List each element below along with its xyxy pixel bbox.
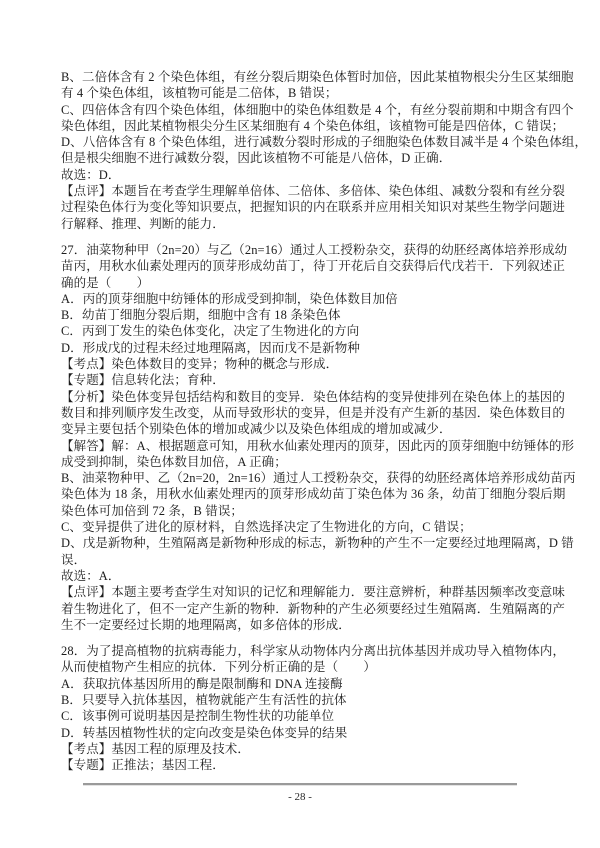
text-line: 【点评】本题主要考查学生对知识的记忆和理解能力．要注意辨析，种群基因频率改变意味 (61, 584, 553, 600)
text-line: 染色体为 18 条，用秋水仙素处理丙的顶芽形成幼苗丁染色体为 36 条，幼苗丁细… (61, 486, 553, 502)
text-line: 【专题】信息转化法；育种． (61, 372, 553, 388)
answer-block-26: B、二倍体含有 2 个染色体组，有丝分裂后期染色体暂时加倍，因此某植物根尖分生区… (61, 69, 553, 232)
footer-divider (83, 783, 517, 786)
text-line: 过程染色体行为变化等知识要点，把握知识的内在联系并应用相关知识对某些生物学问题进 (61, 199, 553, 215)
text-line: 有 4 个染色体组，该植物可能是二倍体，B 错误； (61, 85, 553, 101)
document-page: B、二倍体含有 2 个染色体组，有丝分裂后期染色体暂时加倍，因此某植物根尖分生区… (0, 0, 600, 848)
question-block-28: 28．为了提高植物的抗病毒能力，科学家从动物体内分离出抗体基因并成功导入植物体内… (61, 643, 553, 773)
text-line: 【分析】染色体变异包括结构和数目的变异．染色体结构的变异使排列在染色体上的基因的 (61, 389, 553, 405)
text-line: 数目和排列顺序发生改变，从而导致形状的变异，但是并没有产生新的基因．染色体数目的 (61, 405, 553, 421)
text-line: 成受到抑制，染色体数目加倍，A 正确； (61, 454, 553, 470)
text-line: 故选：A． (61, 568, 553, 584)
text-line: 【解答】解：A、根据题意可知，用秋水仙素处理丙的顶芽，因此丙的顶芽细胞中纺锤体的… (61, 438, 553, 454)
text-line: B．只要导入抗体基因，植物就能产生有活性的抗体 (61, 692, 553, 708)
text-line: 故选：D． (61, 167, 553, 183)
text-line: 染色体组，因此某植物根尖分生区某细胞有 4 个染色体组，该植物可能是四倍体，C … (61, 118, 553, 134)
text-line: C、变异提供了进化的原材料，自然选择决定了生物进化的方向，C 错误； (61, 519, 553, 535)
text-line: 【考点】染色体数目的变异；物种的概念与形成． (61, 356, 553, 372)
text-line: 27．油菜物种甲（2n=20）与乙（2n=16）通过人工授粉杂交，获得的幼胚经离… (61, 242, 553, 258)
text-line: B．幼苗丁细胞分裂后期，细胞中含有 18 条染色体 (61, 307, 553, 323)
text-line: 确的是（ ） (61, 275, 553, 291)
text-line: B、二倍体含有 2 个染色体组，有丝分裂后期染色体暂时加倍，因此某植物根尖分生区… (61, 69, 553, 85)
text-line: 【专题】正推法；基因工程． (61, 757, 553, 773)
text-line: 行解释、推理、判断的能力． (61, 216, 553, 232)
text-line: D、戊是新物种，生殖隔离是新物种形成的标志，新物种的产生不一定要经过地理隔离，D… (61, 535, 553, 551)
text-line: D．转基因植物性状的定向改变是染色体变异的结果 (61, 725, 553, 741)
text-line: 着生物进化了，但不一定产生新的物种．新物种的产生必须要经过生殖隔离．生殖隔离的产 (61, 601, 553, 617)
text-line: 变异主要包括个别染色体的增加或减少以及染色体组成的增加或减少． (61, 421, 553, 437)
text-line: 28．为了提高植物的抗病毒能力，科学家从动物体内分离出抗体基因并成功导入植物体内… (61, 643, 553, 659)
question-block-27: 27．油菜物种甲（2n=20）与乙（2n=16）通过人工授粉杂交，获得的幼胚经离… (61, 242, 553, 633)
text-line: 苗丙，用秋水仙素处理丙的顶芽形成幼苗丁，待丁开花后自交获得后代戊若干．下列叙述正 (61, 258, 553, 274)
text-line: A．获取抗体基因所用的酶是限制酶和 DNA 连接酶 (61, 676, 553, 692)
text-line: 生不一定要经过长期的地理隔离，如多倍体的形成． (61, 617, 553, 633)
text-line: 从而使植物产生相应的抗体．下列分析正确的是（ ） (61, 659, 553, 675)
text-line: C．该事例可说明基因是控制生物性状的功能单位 (61, 708, 553, 724)
text-line: 但是根尖细胞不进行减数分裂，因此该植物不可能是八倍体，D 正确． (61, 150, 553, 166)
document-body: B、二倍体含有 2 个染色体组，有丝分裂后期染色体暂时加倍，因此某植物根尖分生区… (61, 69, 553, 773)
page-footer: - 28 - (0, 783, 600, 803)
text-line: A．丙的顶芽细胞中纺锤体的形成受到抑制，染色体数目加倍 (61, 291, 553, 307)
text-line: 【考点】基因工程的原理及技术． (61, 741, 553, 757)
text-line: 染色体可加倍到 72 条，B 错误； (61, 503, 553, 519)
page-number: - 28 - (0, 791, 600, 803)
text-line: 误． (61, 552, 553, 568)
text-line: C、四倍体含有四个染色体组，体细胞中的染色体组数是 4 个，有丝分裂前期和中期含… (61, 102, 553, 118)
text-line: B、油菜物种甲、乙（2n=20，2n=16）通过人工授粉杂交，获得的幼胚经离体培… (61, 470, 553, 486)
text-line: D．形成戊的过程未经过地理隔离，因而戊不是新物种 (61, 340, 553, 356)
text-line: D、八倍体含有 8 个染色体组，进行减数分裂时形成的子细胞染色体数目减半是 4 … (61, 134, 553, 150)
text-line: 【点评】本题旨在考查学生理解单倍体、二倍体、多倍体、染色体组、减数分裂和有丝分裂 (61, 183, 553, 199)
text-line: C．丙到丁发生的染色体变化，决定了生物进化的方向 (61, 323, 553, 339)
